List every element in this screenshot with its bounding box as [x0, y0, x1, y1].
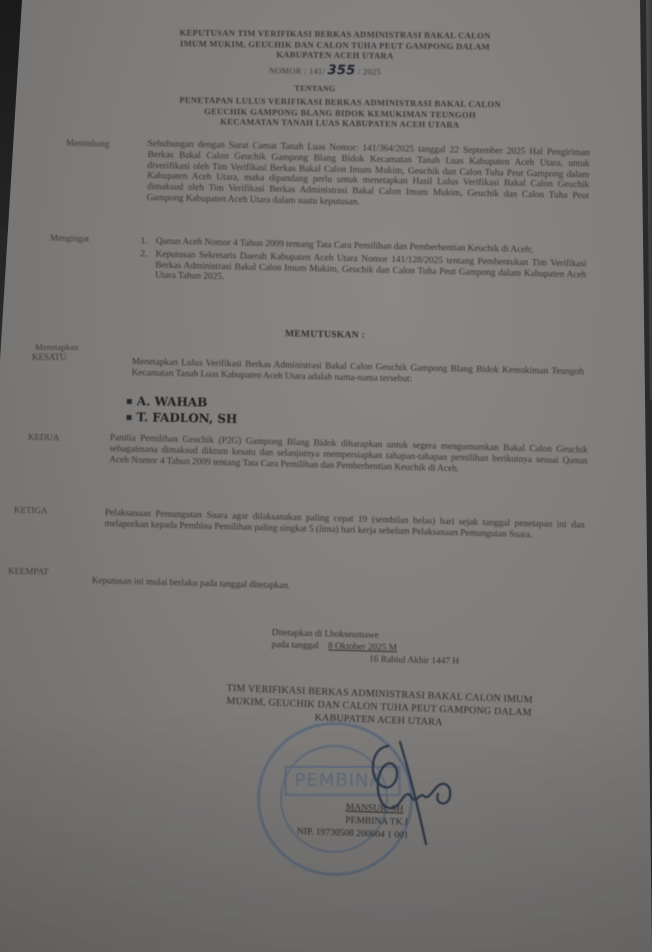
kesatu-label: KESATU	[32, 352, 67, 362]
kesatu-text: Menetapkan Lulus Verifikasi Berkas Admin…	[132, 357, 584, 389]
bullet-icon	[127, 399, 132, 404]
candidate-name-text: A. WAHAB	[137, 394, 208, 409]
kedua-label: KEDUA	[28, 432, 60, 443]
menimbang-label: Menimbang	[66, 138, 110, 149]
number-suffix: / 2025	[358, 67, 381, 76]
candidate-name: T. FADLON, SH	[126, 409, 237, 427]
ketiga-text: Pelaksanaan Pemungutan Suara agar dilaks…	[104, 508, 584, 542]
mengingat-label: Mengingat	[50, 233, 89, 244]
candidate-name: A. WAHAB	[127, 393, 238, 411]
place-label: Ditetapkan di	[272, 628, 323, 639]
signatory-details: MANSUR, SH PEMBINA TK.I NIP. 19730508 20…	[297, 800, 410, 843]
keempat-text: Keputusan ini mulai berlaku pada tanggal…	[92, 576, 572, 599]
memutuskan-heading: MEMUTUSKAN :	[250, 329, 400, 342]
number-prefix: NOMOR : 141/	[269, 66, 325, 76]
keempat-label: KEEMPAT	[8, 566, 49, 577]
signatory-body: TIM VERIFIKASI BERKAS ADMINISTRASI BAKAL…	[179, 680, 580, 734]
document-page: KEPUTUSAN TIM VERIFIKASI BERKAS ADMINIST…	[0, 0, 652, 952]
menetapkan-label: Menetapkan	[35, 342, 78, 352]
decree-number: NOMOR : 141/ 355 / 2025	[235, 62, 415, 79]
bullet-icon	[127, 415, 132, 420]
number-handwritten: 355	[327, 63, 355, 78]
candidate-name-text: T. FADLON, SH	[136, 410, 237, 426]
candidate-names: A. WAHAB T. FADLON, SH	[126, 393, 237, 427]
tentang-heading: TENTANG	[265, 83, 365, 93]
date-masehi: 8 Oktober 2025 M	[328, 641, 397, 653]
ketiga-label: KETIGA	[14, 505, 48, 516]
decree-title: KEPUTUSAN TIM VERIFIKASI BERKAS ADMINIST…	[145, 27, 525, 63]
enactment-block: Ditetapkan di Lhokseumawe pada tanggal 8…	[271, 627, 460, 668]
menimbang-text: Sehubungan dengan Surat Camat Tanah Luas…	[147, 139, 590, 213]
mengingat-list: Qanun Aceh Nomor 4 Tahun 2009 tentang Ta…	[131, 236, 587, 293]
decree-subject: PENETAPAN LULUS VERIFIKASI BERKAS ADMINI…	[130, 94, 550, 132]
kedua-text: Panitia Pemilihan Geuchik (P2G) Gampong …	[109, 433, 588, 478]
place-value: Lhokseumawe	[324, 629, 378, 640]
date-label: pada tanggal	[271, 640, 318, 651]
